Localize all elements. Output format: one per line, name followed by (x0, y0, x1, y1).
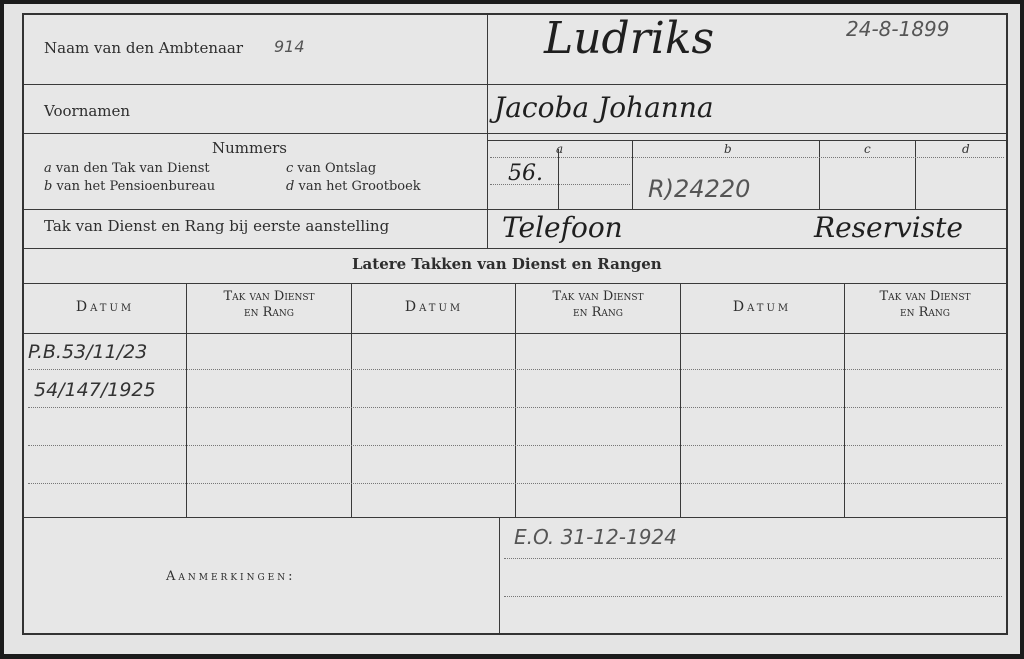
table-col-line-1 (186, 283, 187, 517)
column-b-label: b (724, 142, 732, 156)
eerste-rang-value: Reserviste (814, 211, 963, 244)
divider-eerste (24, 248, 1006, 249)
aanmerkingen-dotted-1 (504, 558, 1002, 559)
divider-voornamen (24, 133, 1006, 134)
nummers-legend-a: a van den Tak van Dienst (44, 161, 210, 176)
divider-nummers (24, 209, 1006, 210)
header-tak-2: Tak van Diensten Rang (516, 289, 680, 321)
eerste-tak-value: Telefoon (502, 211, 623, 244)
eerste-aanstelling-label: Tak van Dienst en Rang bij eerste aanste… (44, 217, 389, 235)
table-col-line-2 (351, 283, 352, 517)
table-row-line-3 (28, 445, 1002, 446)
col-b-divider (632, 140, 633, 209)
header-tak-1: Tak van Diensten Rang (186, 289, 352, 321)
nummers-legend-d: d van het Grootboek (286, 179, 421, 194)
aanmerkingen-line-1: E.O. 31-12-1924 (514, 525, 677, 549)
header-datum-1: Datum (24, 299, 186, 315)
table-row-line-4 (28, 483, 1002, 484)
personnel-record-card: Naam van den Ambtenaar 914 Ludriks 24-8-… (22, 13, 1008, 635)
birth-date: 24-8-1899 (846, 17, 950, 41)
naam-number: 914 (274, 37, 305, 56)
divider-table-bottom (24, 517, 1006, 518)
aanmerkingen-label: Aanmerkingen: (166, 569, 296, 584)
table-row-line-1 (28, 369, 1002, 370)
naam-label: Naam van den Ambtenaar (44, 39, 243, 57)
nummers-title: Nummers (212, 139, 287, 157)
table-col-line-4 (680, 283, 681, 517)
column-c-label: c (864, 142, 871, 156)
nummers-dotted-1 (490, 157, 1004, 158)
naam-value: Ludriks (544, 13, 714, 64)
divider-naam (24, 84, 1006, 85)
header-tak-3: Tak van Diensten Rang (844, 289, 1006, 321)
header-datum-3: Datum (680, 299, 844, 315)
voornamen-value: Jacoba Johanna (494, 91, 714, 124)
nummer-a-value: 56. (508, 161, 543, 186)
table-row-2-datum: 54/147/1925 (34, 379, 156, 401)
table-row-1-datum: P.B.53/11/23 (28, 341, 147, 363)
aanmerkingen-divider (499, 517, 500, 633)
col-c-divider (819, 140, 820, 209)
column-d-label: d (962, 142, 970, 156)
col-d-divider (915, 140, 916, 209)
nummers-top-line (487, 140, 1006, 141)
voornamen-label: Voornamen (44, 102, 130, 120)
top-divider (487, 15, 488, 248)
table-col-line-3 (515, 283, 516, 517)
header-datum-2: Datum (352, 299, 516, 315)
paper-background: Naam van den Ambtenaar 914 Ludriks 24-8-… (4, 4, 1020, 654)
table-row-line-2 (28, 407, 1002, 408)
nummers-legend-c: c van Ontslag (286, 161, 376, 176)
nummers-legend-b: b van het Pensioenbureau (44, 179, 215, 194)
aanmerkingen-dotted-2 (504, 596, 1002, 597)
nummer-b-value: R)24220 (648, 175, 750, 203)
col-a-subdivider (558, 149, 559, 209)
table-col-line-5 (844, 283, 845, 517)
latere-title: Latere Takken van Dienst en Rangen (352, 255, 662, 273)
